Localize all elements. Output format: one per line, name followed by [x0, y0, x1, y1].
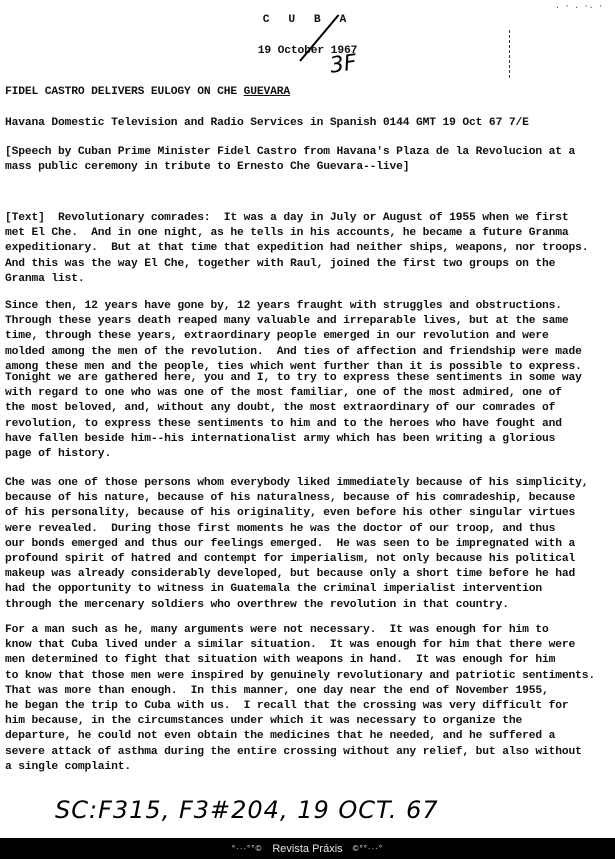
paragraph-line: our bonds emerged and thus our feelings … — [5, 537, 575, 551]
paragraph-line: with regard to one who was one of the mo… — [5, 386, 562, 400]
editorial-note-line: [Speech by Cuban Prime Minister Fidel Ca… — [5, 145, 575, 159]
paragraph-line: men determined to fight that situation w… — [5, 653, 555, 667]
scan-specks: . · . ·. · — [555, 2, 603, 11]
paragraph-line: For a man such as he, many arguments wer… — [5, 623, 549, 637]
paragraph-line: profound spirit of hatred and contempt f… — [5, 552, 575, 566]
paragraph-line: have fallen beside him--his internationa… — [5, 432, 555, 446]
paragraph-line: a single complaint. — [5, 760, 131, 774]
paragraph-line: That was more than enough. In this manne… — [5, 684, 549, 698]
paragraph-line: severe attack of asthma during the entir… — [5, 745, 582, 759]
document-page: . · . ·. · C U B A 19 October 1967 3F FI… — [0, 0, 615, 836]
headline-underlined: GUEVARA — [244, 86, 290, 98]
paragraph-line: revolution, to express these sentiments … — [5, 417, 562, 431]
paragraph-line: time, through these years, extraordinary… — [5, 329, 549, 343]
headline: FIDEL CASTRO DELIVERS EULOGY ON CHE GUEV… — [5, 85, 290, 99]
footer-bar: °···°°© Revista Práxis ©°°···° — [0, 838, 615, 859]
paragraph-line: to know that those men were inspired by … — [5, 669, 595, 683]
handwritten-source-note: SC:F315, F3#204, 19 OCT. 67 — [55, 796, 439, 824]
paragraph-line: know that Cuba lived under a similar sit… — [5, 638, 575, 652]
paragraph-line: had the opportunity to witness in Guatem… — [5, 582, 542, 596]
paragraph-line: Since then, 12 years have gone by, 12 ye… — [5, 299, 562, 313]
footer-left-ornament: °···°°© — [232, 844, 262, 853]
country-heading: C U B A — [0, 13, 615, 27]
paragraph-line: page of history. — [5, 447, 111, 461]
paragraph-line: through the mercenary soldiers who overt… — [5, 598, 509, 612]
paragraph-line: And this was the way El Che, together wi… — [5, 257, 555, 271]
paragraph-line: Tonight we are gathered here, you and I,… — [5, 371, 582, 385]
editorial-note-line: mass public ceremony in tribute to Ernes… — [5, 160, 409, 174]
paragraph-line: him because, in the circumstances under … — [5, 714, 522, 728]
paragraph-line: [Text] Revolutionary comrades: It was a … — [5, 211, 569, 225]
paragraph-line: he began the trip to Cuba with us. I rec… — [5, 699, 569, 713]
footer-right-ornament: ©°°···° — [353, 844, 383, 853]
paragraph-line: Che was one of those persons whom everyb… — [5, 476, 588, 490]
paragraph-line: Through these years death reaped many va… — [5, 314, 569, 328]
paragraph-line: the most beloved, and, without any doubt… — [5, 401, 555, 415]
paragraph-line: Granma list. — [5, 272, 85, 286]
paragraph-line: expeditionary. But at that time that exp… — [5, 241, 588, 255]
paragraph-line: of his personality, because of his origi… — [5, 506, 575, 520]
paragraph-line: because of his nature, because of his na… — [5, 491, 575, 505]
paragraph-line: departure, he could not even obtain the … — [5, 729, 555, 743]
headline-prefix: FIDEL CASTRO DELIVERS EULOGY ON CHE — [5, 86, 244, 98]
handwritten-initials: 3F — [328, 50, 358, 78]
paragraph-line: were revealed. During those first moment… — [5, 522, 555, 536]
footer-label: Revista Práxis — [272, 843, 342, 855]
source-line: Havana Domestic Television and Radio Ser… — [5, 116, 529, 130]
paragraph-line: met El Che. And in one night, as he tell… — [5, 226, 569, 240]
paragraph-line: makeup was already considerably develope… — [5, 567, 575, 581]
paragraph-line: molded among the men of the revolution. … — [5, 345, 582, 359]
